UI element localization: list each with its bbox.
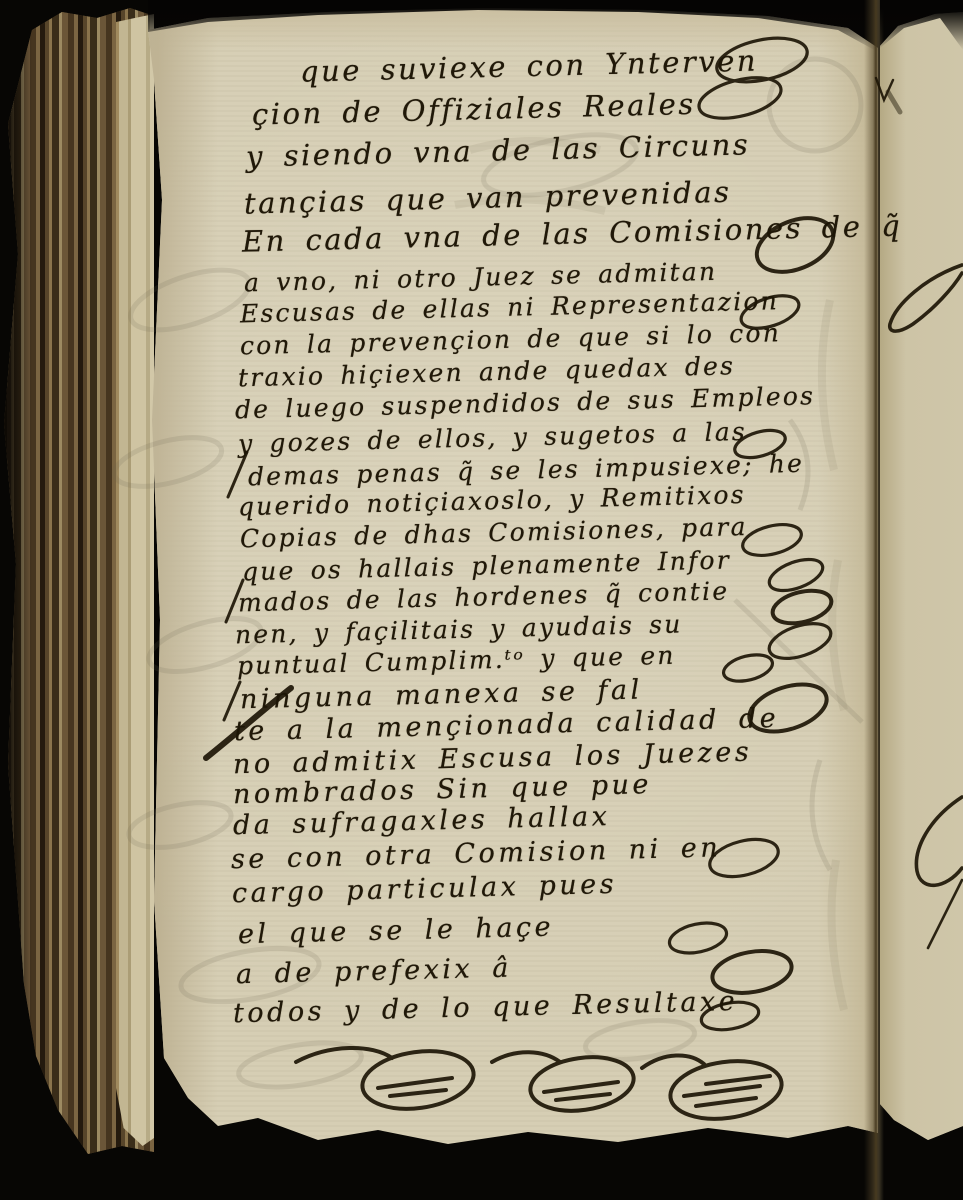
manuscript-photo: que suviexe con Yntervençion de Offizial…: [0, 0, 963, 1200]
inner-leaf-edges: [116, 8, 154, 1146]
right-page-edge: [880, 0, 963, 1200]
